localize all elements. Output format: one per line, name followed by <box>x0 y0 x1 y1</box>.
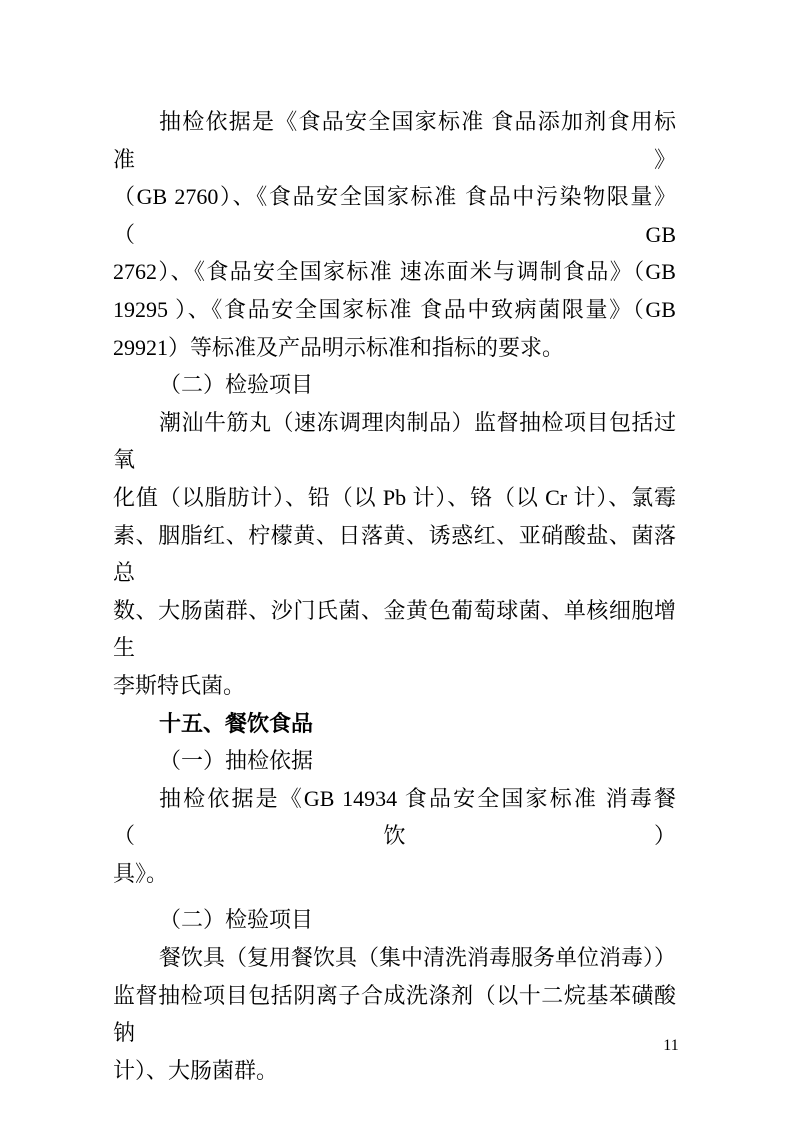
paragraph: 餐饮具（复用餐饮具（集中清洗消毒服务单位消毒））监督抽检项目包括阴离子合成洗涤剂… <box>113 939 676 1089</box>
text-line: 十五、餐饮食品 <box>113 705 676 743</box>
paragraph: （二）检验项目 <box>113 901 676 939</box>
document-body: 抽检依据是《食品安全国家标准 食品添加剂食用标准》（GB 2760）、《食品安全… <box>113 103 676 1089</box>
page-number: 11 <box>656 1037 686 1055</box>
text-line: （GB 2760）、《食品安全国家标准 食品中污染物限量》（GB <box>113 178 676 253</box>
text-line: 素、胭脂红、柠檬黄、日落黄、诱惑红、亚硝酸盐、菌落总 <box>113 517 676 592</box>
text-line: 19295 ）、《食品安全国家标准 食品中致病菌限量》（GB <box>113 291 676 329</box>
text-line: 餐饮具（复用餐饮具（集中清洗消毒服务单位消毒）） <box>113 939 676 977</box>
text-line: 抽检依据是《食品安全国家标准 食品添加剂食用标准》 <box>113 103 676 178</box>
text-line: 计）、大肠菌群。 <box>113 1052 676 1090</box>
paragraph: 潮汕牛筋丸（速冻调理肉制品）监督抽检项目包括过氧化值（以脂肪计）、铅（以 Pb … <box>113 404 676 705</box>
text-line: （一）抽检依据 <box>113 742 676 780</box>
paragraph: （二）检验项目 <box>113 366 676 404</box>
paragraph: （一）抽检依据 <box>113 742 676 780</box>
section-heading: 十五、餐饮食品 <box>113 705 676 743</box>
text-line: 李斯特氏菌。 <box>113 667 676 705</box>
text-line: 具》。 <box>113 855 676 893</box>
paragraph: 抽检依据是《食品安全国家标准 食品添加剂食用标准》（GB 2760）、《食品安全… <box>113 103 676 366</box>
text-line: 化值（以脂肪计）、铅（以 Pb 计）、铬（以 Cr 计）、氯霉 <box>113 479 676 517</box>
text-line: 监督抽检项目包括阴离子合成洗涤剂（以十二烷基苯磺酸钠 <box>113 977 676 1052</box>
text-line: 潮汕牛筋丸（速冻调理肉制品）监督抽检项目包括过氧 <box>113 404 676 479</box>
text-line: （二）检验项目 <box>113 901 676 939</box>
paragraph: 抽检依据是《GB 14934 食品安全国家标准 消毒餐（饮）具》。 <box>113 780 676 893</box>
text-line: 2762）、《食品安全国家标准 速冻面米与调制食品》（GB <box>113 253 676 291</box>
text-line: （二）检验项目 <box>113 366 676 404</box>
document-page: 抽检依据是《食品安全国家标准 食品添加剂食用标准》（GB 2760）、《食品安全… <box>0 0 793 1122</box>
text-line: 数、大肠菌群、沙门氏菌、金黄色葡萄球菌、单核细胞增生 <box>113 592 676 667</box>
text-line: 抽检依据是《GB 14934 食品安全国家标准 消毒餐（饮） <box>113 780 676 855</box>
text-line: 29921）等标准及产品明示标准和指标的要求。 <box>113 329 676 367</box>
